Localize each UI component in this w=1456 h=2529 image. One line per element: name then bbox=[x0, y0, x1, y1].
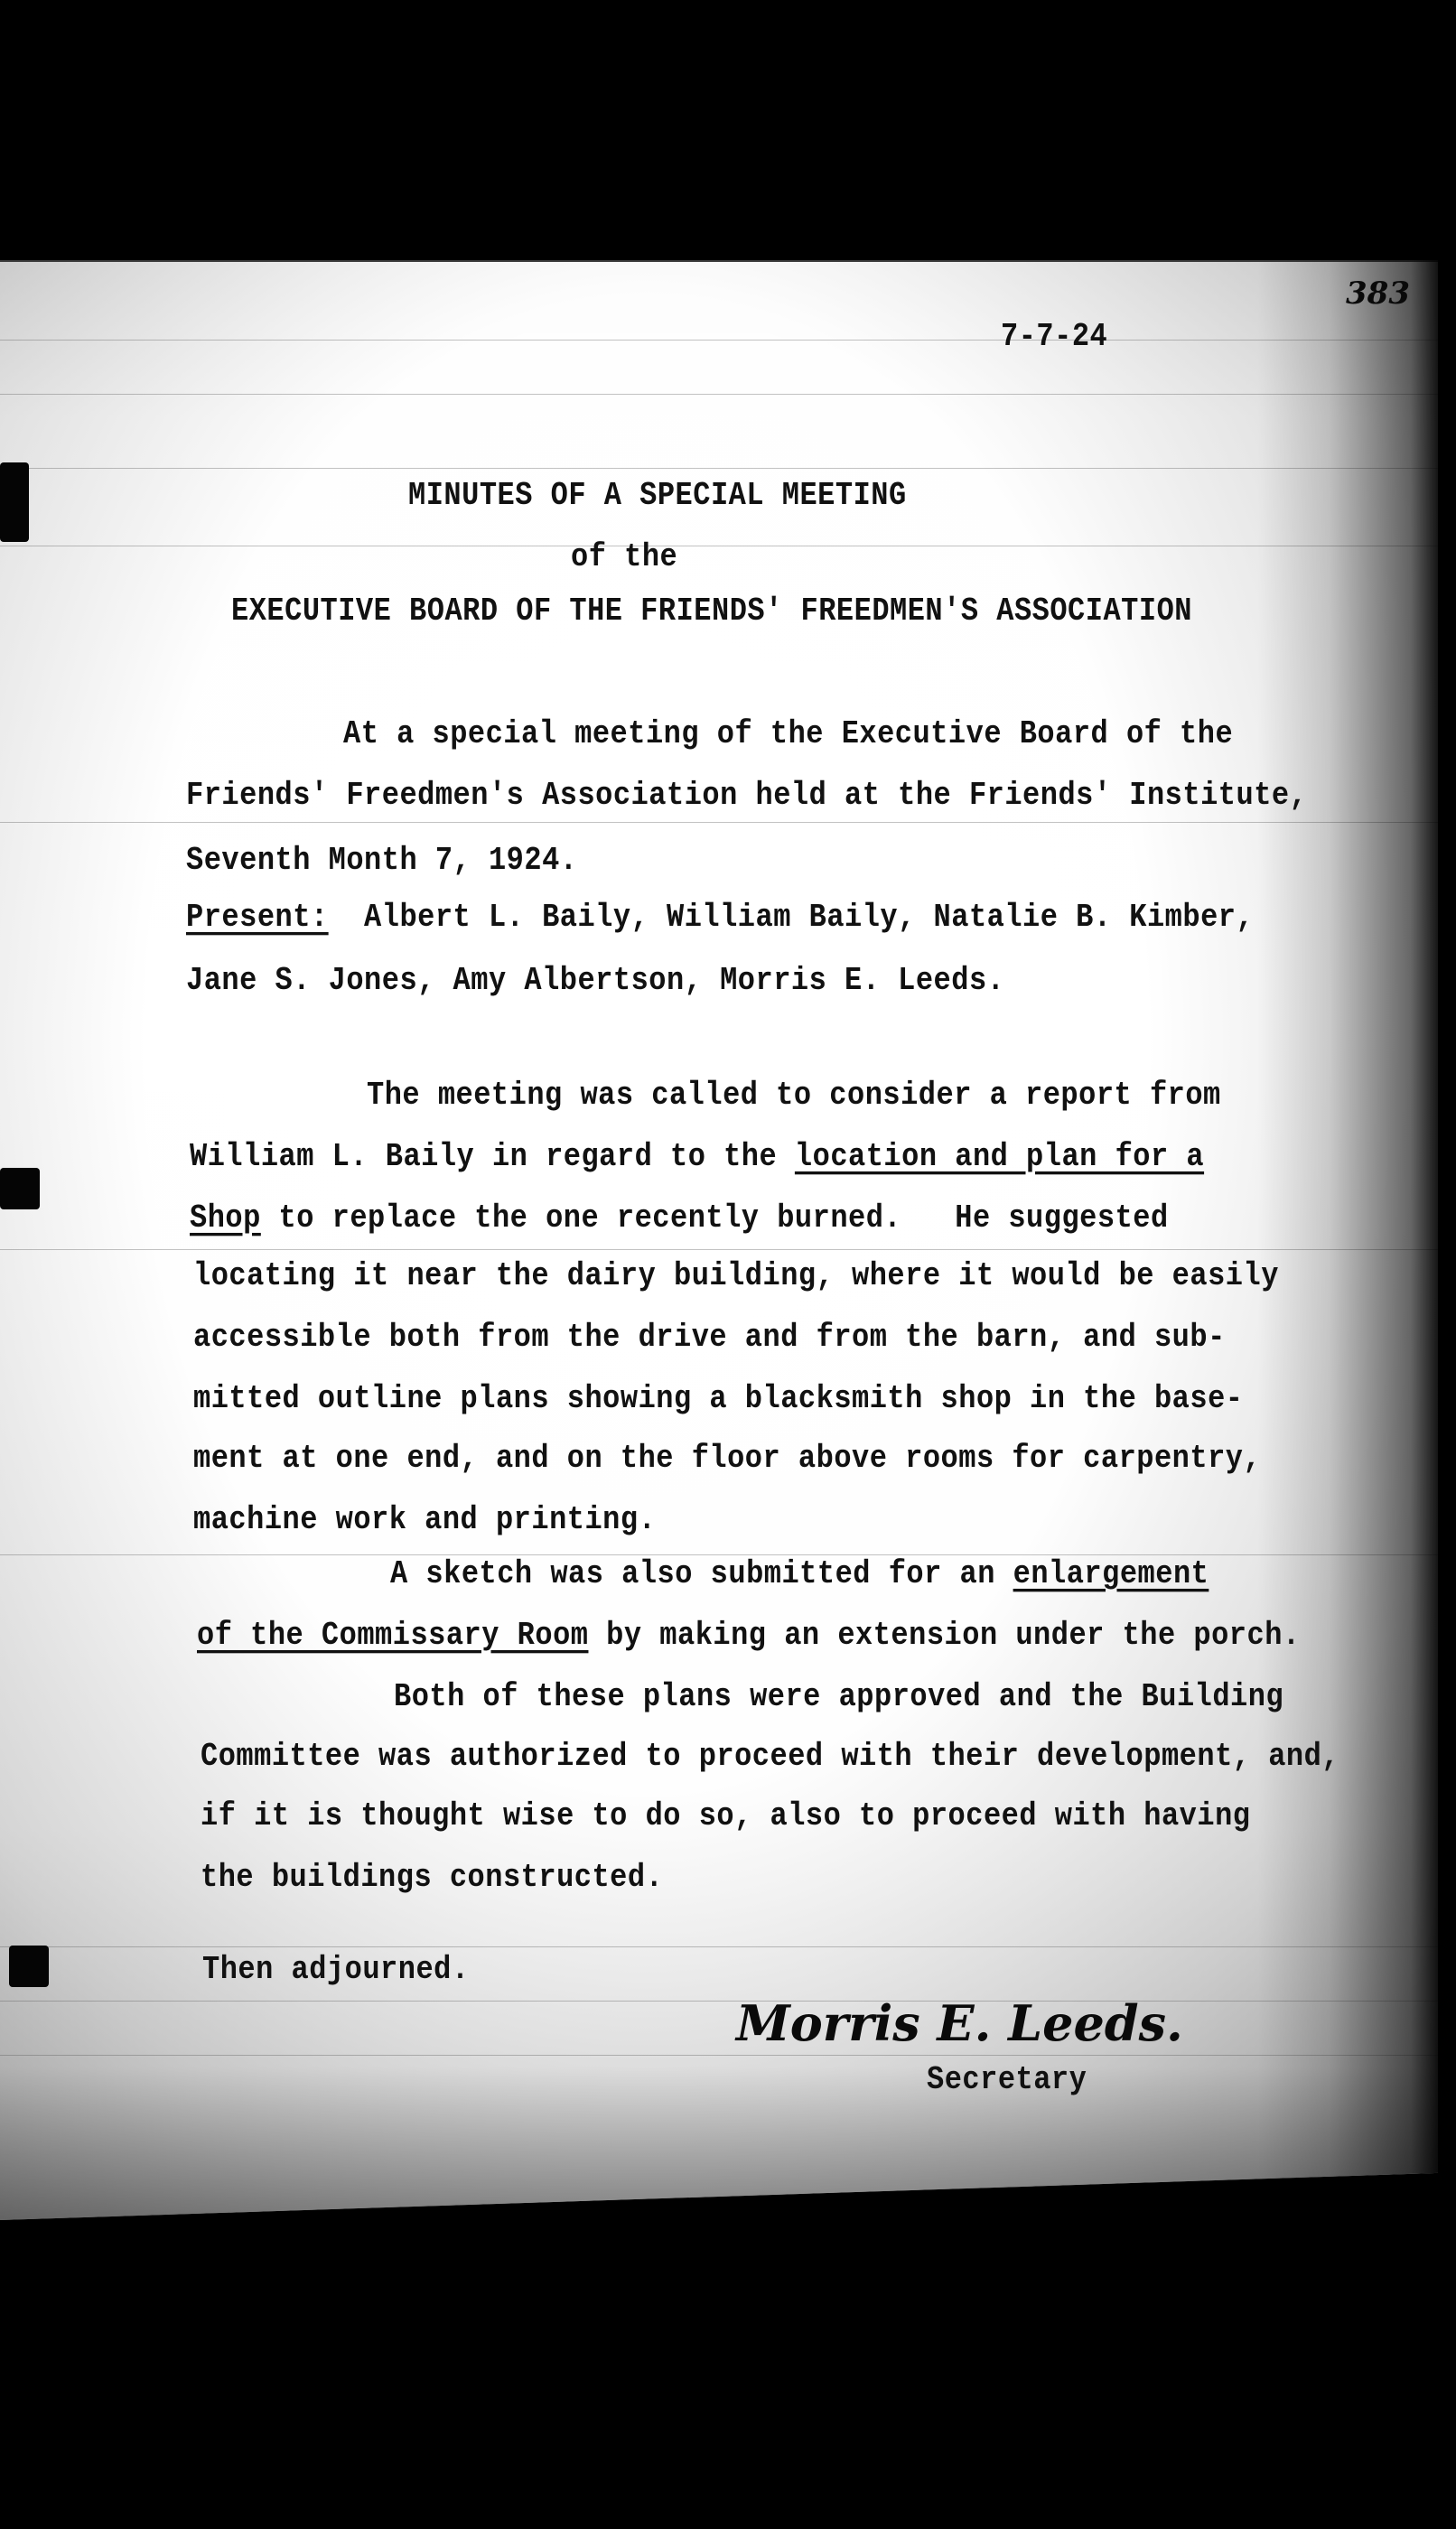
signature: Morris E. Leeds. bbox=[736, 1994, 1183, 2052]
para3-line-3: if it is thought wise to do so, also to … bbox=[201, 1797, 1250, 1834]
signature-title: Secretary bbox=[927, 2061, 1087, 2098]
para2-line-1: A sketch was also submitted for an enlar… bbox=[390, 1555, 1209, 1592]
underlined-text: enlargement bbox=[1013, 1555, 1209, 1592]
para1-line-3: Shop to replace the one recently burned.… bbox=[190, 1199, 1169, 1237]
title-line-3: EXECUTIVE BOARD OF THE FRIENDS' FREEDMEN… bbox=[231, 593, 1192, 630]
ledger-rule bbox=[0, 2055, 1438, 2056]
para1-line-8: machine work and printing. bbox=[193, 1501, 656, 1538]
para1-line-5: accessible both from the drive and from … bbox=[193, 1319, 1226, 1356]
ledger-rule bbox=[0, 468, 1438, 469]
underlined-text: location and plan for a bbox=[795, 1138, 1204, 1175]
para1-line-1: The meeting was called to consider a rep… bbox=[367, 1077, 1221, 1114]
text-run: by making an extension under the porch. bbox=[588, 1617, 1300, 1654]
text-run: to replace the one recently burned. He s… bbox=[261, 1199, 1169, 1237]
title-line-2: of the bbox=[571, 538, 677, 575]
ledger-rule bbox=[0, 546, 1438, 546]
ledger-rule bbox=[0, 260, 1438, 262]
ledger-rule bbox=[0, 2001, 1438, 2002]
para1-line-6: mitted outline plans showing a blacksmit… bbox=[193, 1380, 1243, 1417]
para3-line-1: Both of these plans were approved and th… bbox=[394, 1678, 1283, 1715]
para2-line-2: of the Commissary Room by making an exte… bbox=[197, 1617, 1301, 1654]
para1-line-2: William L. Baily in regard to the locati… bbox=[190, 1138, 1204, 1175]
present-line-2: Jane S. Jones, Amy Albertson, Morris E. … bbox=[186, 962, 1004, 999]
underlined-text: Shop bbox=[190, 1199, 261, 1237]
ledger-rule bbox=[0, 822, 1438, 823]
ledger-rule bbox=[0, 340, 1438, 341]
title-line-1: MINUTES OF A SPECIAL MEETING bbox=[408, 477, 907, 514]
ledger-rule bbox=[0, 394, 1438, 395]
underlined-text: of the Commissary Room bbox=[197, 1617, 588, 1654]
text-run: A sketch was also submitted for an bbox=[390, 1555, 1013, 1592]
present-label: Present: bbox=[186, 899, 329, 936]
document-page bbox=[0, 260, 1438, 2220]
intro-line-2: Friends' Freedmen's Association held at … bbox=[186, 777, 1307, 814]
text-run: William L. Baily in regard to the bbox=[190, 1138, 795, 1175]
document-date: 7-7-24 bbox=[1001, 318, 1107, 355]
binder-hole-mark bbox=[0, 1168, 40, 1209]
para3-line-4: the buildings constructed. bbox=[201, 1859, 663, 1896]
ledger-rule bbox=[0, 1249, 1438, 1250]
page-number: 383 bbox=[1346, 275, 1410, 312]
para1-line-7: ment at one end, and on the floor above … bbox=[193, 1440, 1261, 1477]
present-names-1: Albert L. Baily, William Baily, Natalie … bbox=[329, 899, 1255, 936]
intro-line-3: Seventh Month 7, 1924. bbox=[186, 842, 577, 879]
para1-line-4: locating it near the dairy building, whe… bbox=[193, 1257, 1279, 1294]
present-line-1: Present: Albert L. Baily, William Baily,… bbox=[186, 899, 1254, 936]
binder-hole-mark bbox=[0, 462, 29, 542]
intro-line-1: At a special meeting of the Executive Bo… bbox=[343, 715, 1233, 752]
ledger-rule bbox=[0, 1946, 1438, 1947]
para3-line-2: Committee was authorized to proceed with… bbox=[201, 1738, 1339, 1775]
binder-hole-mark bbox=[9, 1946, 49, 1987]
closing-text: Then adjourned. bbox=[202, 1951, 470, 1988]
